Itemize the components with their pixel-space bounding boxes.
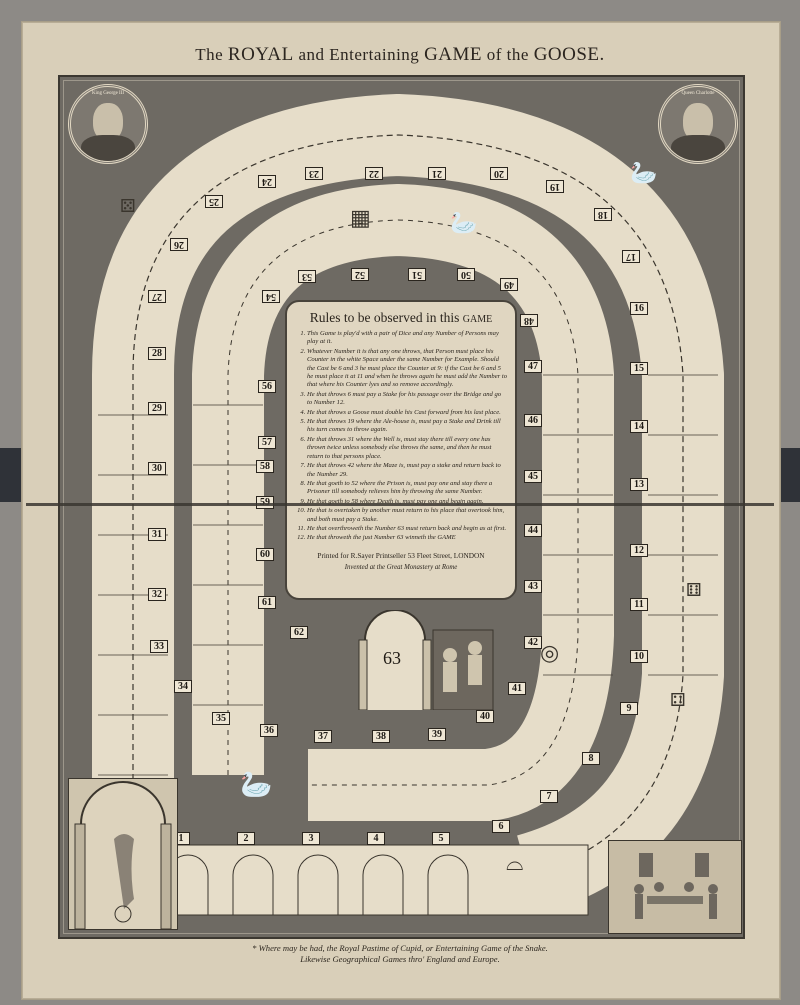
portrait-bust bbox=[671, 135, 725, 164]
title-prefix: The bbox=[195, 45, 228, 64]
square-number: 5 bbox=[432, 832, 450, 845]
square-number: 44 bbox=[524, 524, 542, 537]
square-number: 6 bbox=[492, 820, 510, 833]
square-number: 21 bbox=[428, 167, 446, 180]
rule-item: This Game is play'd with a pair of Dice … bbox=[307, 330, 507, 347]
invented-note: Invented at the Great Monastery at Rome bbox=[295, 564, 507, 571]
square-number: 2 bbox=[237, 832, 255, 845]
square-number: 58 bbox=[256, 460, 274, 473]
title-game: GAME bbox=[424, 44, 482, 65]
square-number: 26 bbox=[170, 238, 188, 251]
square-number: 54 bbox=[262, 290, 280, 303]
rules-heading: Rules to be observed in this GAME bbox=[295, 310, 507, 326]
square-number: 43 bbox=[524, 580, 542, 593]
square-number: 57 bbox=[258, 436, 276, 449]
bridge-icon: ⌓ bbox=[506, 850, 523, 876]
square-number: 23 bbox=[305, 167, 323, 180]
title-royal: ROYAL bbox=[228, 44, 294, 65]
portrait-bust bbox=[81, 135, 135, 164]
square-number: 11 bbox=[630, 598, 648, 611]
rules-list: This Game is play'd with a pair of Dice … bbox=[295, 330, 507, 543]
rule-item: He that throweth the just Number 63 winn… bbox=[307, 534, 507, 542]
square-number: 18 bbox=[594, 208, 612, 221]
square-number: 4 bbox=[367, 832, 385, 845]
title-goose: GOOSE. bbox=[534, 44, 605, 65]
rule-item: He that throws 42 where the Maze is, mus… bbox=[307, 462, 507, 479]
portrait-king: King George III bbox=[68, 84, 148, 164]
square-number: 14 bbox=[630, 420, 648, 433]
dice-icon: ⚅ bbox=[686, 580, 702, 601]
square-number: 53 bbox=[298, 270, 316, 283]
title-of: of the bbox=[482, 45, 534, 64]
rule-item: He that overthroweth the Number 63 must … bbox=[307, 525, 507, 533]
square-number: 25 bbox=[205, 195, 223, 208]
square-number: 51 bbox=[408, 268, 426, 281]
goose-icon: 🦢 bbox=[240, 770, 272, 800]
rule-item: Whatever Number it is that any one throw… bbox=[307, 348, 507, 390]
square-number: 31 bbox=[148, 528, 166, 541]
goose-icon: 🦢 bbox=[630, 160, 657, 186]
square-number: 36 bbox=[260, 724, 278, 737]
rule-item: He that throws a Goose must double his C… bbox=[307, 409, 507, 417]
square-number: 24 bbox=[258, 175, 276, 188]
square-number: 17 bbox=[622, 250, 640, 263]
square-number: 3 bbox=[302, 832, 320, 845]
rule-item: He that is overtaken by another must ret… bbox=[307, 507, 507, 524]
goose-icon: 🦢 bbox=[450, 210, 477, 236]
square-number: 61 bbox=[258, 596, 276, 609]
rules-panel: Rules to be observed in this GAME This G… bbox=[285, 300, 517, 600]
square-number: 34 bbox=[174, 680, 192, 693]
rule-item: He that throws 31 where the Well is, mus… bbox=[307, 436, 507, 461]
rule-item: He that throws 6 must pay a Stake for hi… bbox=[307, 391, 507, 408]
prison-icon: ▦ bbox=[350, 205, 371, 231]
square-number: 38 bbox=[372, 730, 390, 743]
square-number: 60 bbox=[256, 548, 274, 561]
square-number: 41 bbox=[508, 682, 526, 695]
square-number: 46 bbox=[524, 414, 542, 427]
square-number: 16 bbox=[630, 302, 648, 315]
footer-line-2: Likewise Geographical Games thro' Englan… bbox=[22, 954, 778, 965]
page-title: The ROYAL and Entertaining GAME of the G… bbox=[22, 44, 778, 66]
portrait-queen: Queen Charlotte bbox=[658, 84, 738, 164]
square-number: 50 bbox=[457, 268, 475, 281]
square-number: 15 bbox=[630, 362, 648, 375]
cupid-icon bbox=[69, 779, 177, 929]
square-number: 10 bbox=[630, 650, 648, 663]
square-number: 30 bbox=[148, 462, 166, 475]
arch-icon bbox=[345, 610, 495, 710]
goal-number: 63 bbox=[383, 648, 401, 669]
square-number: 35 bbox=[212, 712, 230, 725]
square-number: 22 bbox=[365, 167, 383, 180]
maze-icon: ◎ bbox=[540, 640, 559, 666]
title-middle: and Entertaining bbox=[294, 45, 424, 64]
dice-icon: ⚄ bbox=[120, 196, 136, 217]
square-number: 48 bbox=[520, 314, 538, 327]
square-number: 7 bbox=[540, 790, 558, 803]
square-number: 20 bbox=[490, 167, 508, 180]
square-number: 12 bbox=[630, 544, 648, 557]
rule-item: He that throws 19 where the Ale-house is… bbox=[307, 418, 507, 435]
rules-heading-game: GAME bbox=[463, 314, 492, 325]
square-number: 27 bbox=[148, 290, 166, 303]
portrait-king-caption: King George III bbox=[71, 91, 145, 96]
players-scene-panel bbox=[608, 840, 742, 934]
players-table-icon bbox=[609, 841, 741, 933]
printer-imprint: Printed for R.Sayer Printseller 53 Fleet… bbox=[295, 551, 507, 560]
square-number: 13 bbox=[630, 478, 648, 491]
square-number: 45 bbox=[524, 470, 542, 483]
portrait-queen-caption: Queen Charlotte bbox=[661, 91, 735, 96]
square-number: 40 bbox=[476, 710, 494, 723]
square-number: 29 bbox=[148, 402, 166, 415]
footer-note: * Where may be had, the Royal Pastime of… bbox=[22, 943, 778, 965]
fold-crease bbox=[26, 503, 774, 506]
square-number: 49 bbox=[500, 278, 518, 291]
square-number: 37 bbox=[314, 730, 332, 743]
footer-line-1: * Where may be had, the Royal Pastime of… bbox=[22, 943, 778, 954]
dice-icon: ⚃ bbox=[670, 690, 686, 711]
square-number: 47 bbox=[524, 360, 542, 373]
square-number: 28 bbox=[148, 347, 166, 360]
square-number: 19 bbox=[546, 180, 564, 193]
rules-heading-text: Rules to be observed in this bbox=[310, 310, 460, 325]
square-number: 39 bbox=[428, 728, 446, 741]
cupid-arch-panel bbox=[68, 778, 178, 930]
square-number: 9 bbox=[620, 702, 638, 715]
square-number: 32 bbox=[148, 588, 166, 601]
square-number: 62 bbox=[290, 626, 308, 639]
goal-square-63: 63 bbox=[345, 610, 495, 710]
square-number: 56 bbox=[258, 380, 276, 393]
rule-item: He that goeth to 52 where the Prison is,… bbox=[307, 480, 507, 497]
square-number: 52 bbox=[351, 268, 369, 281]
square-number: 33 bbox=[150, 640, 168, 653]
square-number: 8 bbox=[582, 752, 600, 765]
